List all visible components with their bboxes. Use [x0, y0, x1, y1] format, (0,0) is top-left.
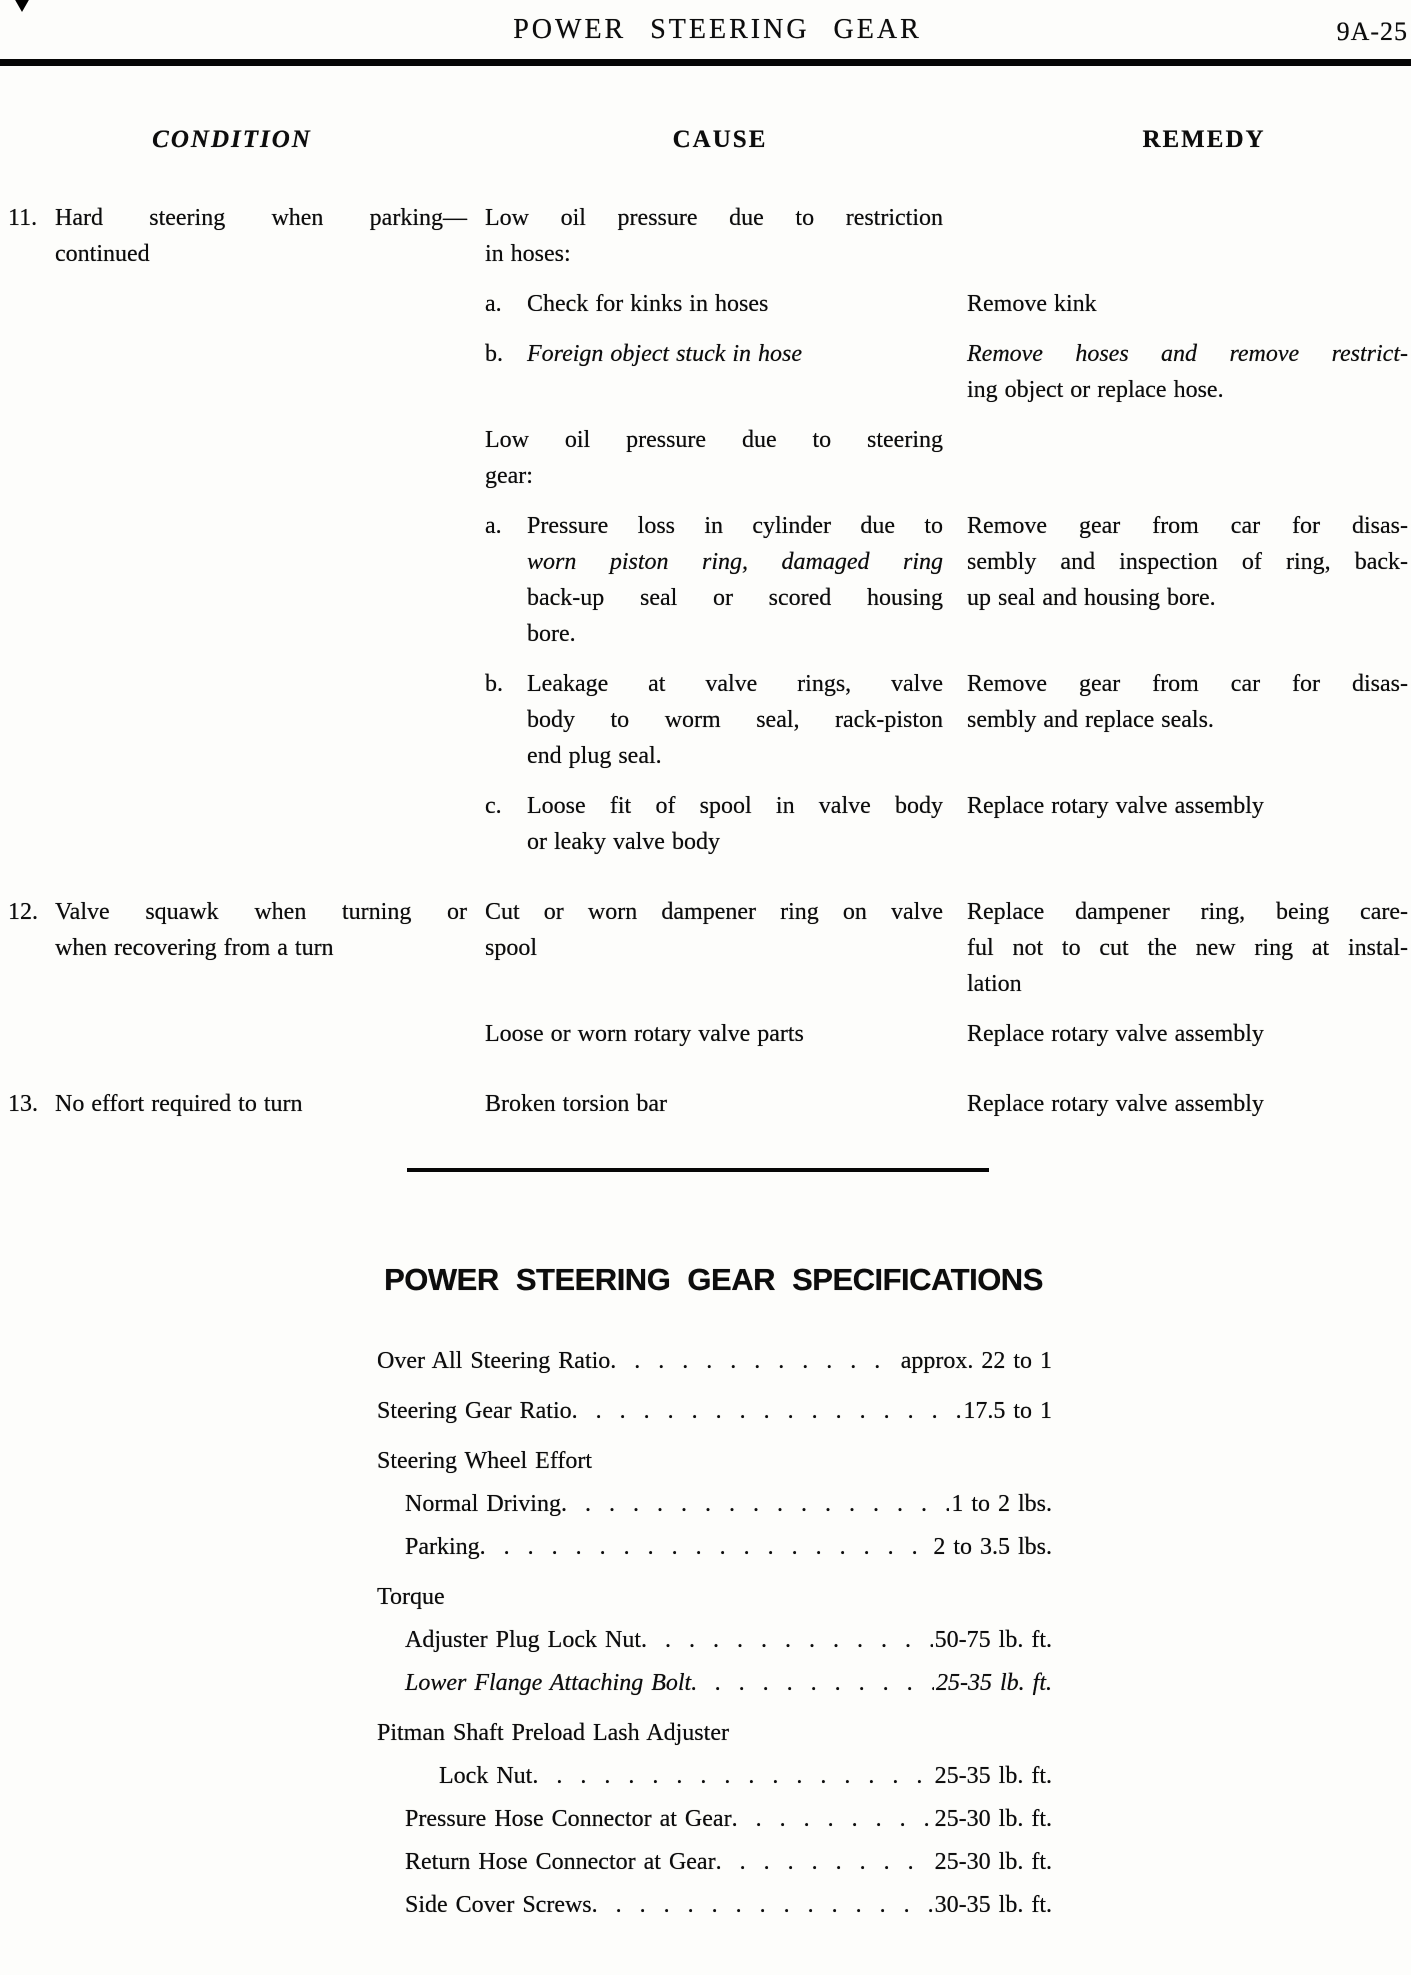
- remedy-line: Remove hoses and remove restrict-: [967, 336, 1408, 372]
- remedy-line: Replace rotary valve assembly: [967, 788, 1408, 824]
- spec-value: 25-30 lb. ft.: [933, 1847, 1052, 1877]
- cause-line: spool: [485, 930, 943, 966]
- cause-cell: c.Loose fit of spool in valve bodyor lea…: [485, 788, 943, 860]
- troubleshooting-table: 11.Hard steering when parking—continuedL…: [8, 200, 1408, 1156]
- cause-remedy-entries: Broken torsion barReplace rotary valve a…: [485, 1086, 1408, 1136]
- spec-dot-leader: [480, 1532, 932, 1562]
- cause-line: or leaky valve body: [527, 824, 943, 860]
- remedy-line: Replace dampener ring, being care-: [967, 894, 1408, 930]
- cause-letter: a.: [485, 508, 527, 652]
- cause-remedy-entry: c.Loose fit of spool in valve bodyor lea…: [485, 788, 1408, 860]
- condition-line: when recovering from a turn: [55, 930, 467, 966]
- page-number: 9A-25: [1337, 17, 1408, 47]
- spec-value: 50-75 lb. ft.: [933, 1625, 1052, 1655]
- remedy-line: ing object or replace hose.: [967, 372, 1408, 408]
- header-rule: [0, 59, 1411, 66]
- cause-remedy-entry: Low oil pressure due to steeringgear:: [485, 422, 1408, 494]
- cause-text: Loose fit of spool in valve bodyor leaky…: [527, 788, 943, 860]
- remedy-line: Remove gear from car for disas-: [967, 508, 1408, 544]
- cause-text: Pressure loss in cylinder due toworn pis…: [527, 508, 943, 652]
- spec-value: 25-35 lb. ft.: [933, 1761, 1052, 1791]
- condition-cell: Hard steering when parking—continued: [55, 200, 467, 272]
- cause-letter: b.: [485, 336, 527, 372]
- condition-line: No effort required to turn: [55, 1086, 467, 1122]
- cause-line: bore.: [527, 616, 943, 652]
- spec-value: 2 to 3.5 lbs.: [931, 1532, 1052, 1562]
- cause-line: Broken torsion bar: [485, 1086, 943, 1122]
- spec-value: 1 to 2 lbs.: [949, 1489, 1052, 1519]
- spec-dot-leader: [610, 1346, 898, 1376]
- cause-remedy-entry: a.Check for kinks in hosesRemove kink: [485, 286, 1408, 322]
- spec-line: Normal Driving1 to 2 lbs.: [377, 1489, 1052, 1519]
- remedy-line: Replace rotary valve assembly: [967, 1016, 1408, 1052]
- cause-cell: a.Pressure loss in cylinder due toworn p…: [485, 508, 943, 652]
- cause-line: Foreign object stuck in hose: [527, 336, 943, 372]
- cause-cell: Broken torsion bar: [485, 1086, 943, 1122]
- spec-line: Pitman Shaft Preload Lash Adjuster: [377, 1718, 1052, 1748]
- specifications-list: Over All Steering Ratioapprox. 22 to 1St…: [377, 1346, 1052, 1933]
- spec-dot-leader: [561, 1489, 949, 1519]
- spec-label: Side Cover Screws: [405, 1890, 592, 1920]
- spec-line: Return Hose Connector at Gear25-30 lb. f…: [377, 1847, 1052, 1877]
- remedy-cell: Remove hoses and remove restrict-ing obj…: [967, 336, 1408, 408]
- remedy-line: Remove gear from car for disas-: [967, 666, 1408, 702]
- spec-value: 17.5 to 1: [961, 1396, 1052, 1426]
- page-corner-mark: [14, 0, 30, 12]
- cause-line: Loose fit of spool in valve body: [527, 788, 943, 824]
- spec-dot-leader: [532, 1761, 932, 1791]
- condition-line: Valve squawk when turning or: [55, 894, 467, 930]
- spec-line: Adjuster Plug Lock Nut50-75 lb. ft.: [377, 1625, 1052, 1655]
- cause-cell: Cut or worn dampener ring on valvespool: [485, 894, 943, 966]
- remedy-cell: Replace rotary valve assembly: [967, 1016, 1408, 1052]
- condition-line: continued: [55, 236, 467, 272]
- cause-remedy-entries: Cut or worn dampener ring on valvespoolR…: [485, 894, 1408, 1066]
- cause-text: Check for kinks in hoses: [527, 286, 943, 322]
- spec-line: Over All Steering Ratioapprox. 22 to 1: [377, 1346, 1052, 1376]
- cause-line: gear:: [485, 458, 943, 494]
- spec-line: Steering Gear Ratio17.5 to 1: [377, 1396, 1052, 1426]
- spec-label: Steering Gear Ratio: [377, 1396, 572, 1426]
- cause-remedy-entry: b.Foreign object stuck in hoseRemove hos…: [485, 336, 1408, 408]
- cause-cell: b.Leakage at valve rings, valvebody to w…: [485, 666, 943, 774]
- trouble-row: 13.No effort required to turnBroken tors…: [8, 1086, 1408, 1136]
- spec-label: Lock Nut: [439, 1761, 532, 1791]
- cause-line: in hoses:: [485, 236, 943, 272]
- remedy-cell: Remove gear from car for disas-sembly an…: [967, 666, 1408, 738]
- spec-value: 30-35 lb. ft.: [933, 1890, 1052, 1920]
- remedy-line: Remove kink: [967, 286, 1408, 322]
- cause-line: Low oil pressure due to steering: [485, 422, 943, 458]
- spec-line: Lock Nut25-35 lb. ft.: [377, 1761, 1052, 1791]
- column-header-cause: CAUSE: [640, 126, 800, 154]
- cause-remedy-entry: Loose or worn rotary valve partsReplace …: [485, 1016, 1408, 1052]
- cause-remedy-entry: Broken torsion barReplace rotary valve a…: [485, 1086, 1408, 1122]
- spec-label: Pitman Shaft Preload Lash Adjuster: [377, 1718, 729, 1748]
- remedy-cell: Replace dampener ring, being care-ful no…: [967, 894, 1408, 1002]
- spec-label: Over All Steering Ratio: [377, 1346, 610, 1376]
- spec-value: 25-30 lb. ft.: [933, 1804, 1052, 1834]
- remedy-cell: Replace rotary valve assembly: [967, 788, 1408, 824]
- column-header-condition: CONDITION: [112, 126, 352, 154]
- condition-number: 13.: [8, 1086, 55, 1122]
- spec-label: Parking: [405, 1532, 480, 1562]
- cause-remedy-entry: a.Pressure loss in cylinder due toworn p…: [485, 508, 1408, 652]
- column-header-remedy: REMEDY: [1104, 126, 1304, 154]
- cause-remedy-entry: b.Leakage at valve rings, valvebody to w…: [485, 666, 1408, 774]
- spec-dot-leader: [592, 1890, 933, 1920]
- cause-text: Leakage at valve rings, valvebody to wor…: [527, 666, 943, 774]
- condition-number: 12.: [8, 894, 55, 930]
- cause-line: Check for kinks in hoses: [527, 286, 943, 322]
- spec-dot-leader: [641, 1625, 933, 1655]
- cause-cell: Low oil pressure due to steeringgear:: [485, 422, 943, 494]
- manual-page: POWER STEERING GEAR 9A-25 CONDITION CAUS…: [0, 0, 1411, 1975]
- cause-line: Low oil pressure due to restriction: [485, 200, 943, 236]
- cause-line: Pressure loss in cylinder due to: [527, 508, 943, 544]
- cause-line: worn piston ring, damaged ring: [527, 544, 943, 580]
- spec-label: Normal Driving: [405, 1489, 561, 1519]
- page-title: POWER STEERING GEAR: [12, 14, 1411, 46]
- spec-line: Pressure Hose Connector at Gear25-30 lb.…: [377, 1804, 1052, 1834]
- spec-label: Steering Wheel Effort: [377, 1446, 592, 1476]
- spec-value: approx. 22 to 1: [899, 1346, 1052, 1376]
- condition-cell: Valve squawk when turning orwhen recover…: [55, 894, 467, 966]
- spec-dot-leader: [732, 1804, 933, 1834]
- condition-number: 11.: [8, 200, 55, 236]
- specifications-title: POWER STEERING GEAR SPECIFICATIONS: [8, 1262, 1411, 1298]
- cause-remedy-entry: Low oil pressure due to restrictionin ho…: [485, 200, 1408, 272]
- condition-line: Hard steering when parking—: [55, 200, 467, 236]
- spec-dot-leader: [691, 1668, 934, 1698]
- cause-line: Leakage at valve rings, valve: [527, 666, 943, 702]
- cause-line: Loose or worn rotary valve parts: [485, 1016, 943, 1052]
- remedy-line: Replace rotary valve assembly: [967, 1086, 1408, 1122]
- cause-letter: c.: [485, 788, 527, 860]
- spec-label: Lower Flange Attaching Bolt: [405, 1668, 691, 1698]
- spec-line: Side Cover Screws30-35 lb. ft.: [377, 1890, 1052, 1920]
- cause-text: Foreign object stuck in hose: [527, 336, 943, 372]
- cause-line: Cut or worn dampener ring on valve: [485, 894, 943, 930]
- cause-letter: a.: [485, 286, 527, 322]
- remedy-line: up seal and housing bore.: [967, 580, 1408, 616]
- remedy-cell: Remove kink: [967, 286, 1408, 322]
- remedy-line: sembly and inspection of ring, back-: [967, 544, 1408, 580]
- remedy-cell: Remove gear from car for disas-sembly an…: [967, 508, 1408, 616]
- spec-label: Torque: [377, 1582, 445, 1612]
- section-divider-rule: [407, 1168, 989, 1172]
- cause-line: back-up seal or scored housing: [527, 580, 943, 616]
- spec-line: Torque: [377, 1582, 1052, 1612]
- spec-label: Adjuster Plug Lock Nut: [405, 1625, 641, 1655]
- remedy-line: lation: [967, 966, 1408, 1002]
- cause-remedy-entry: Cut or worn dampener ring on valvespoolR…: [485, 894, 1408, 1002]
- spec-line: Steering Wheel Effort: [377, 1446, 1052, 1476]
- cause-cell: Low oil pressure due to restrictionin ho…: [485, 200, 943, 272]
- spec-label: Pressure Hose Connector at Gear: [405, 1804, 732, 1834]
- trouble-row: 12.Valve squawk when turning orwhen reco…: [8, 894, 1408, 1066]
- cause-cell: Loose or worn rotary valve parts: [485, 1016, 943, 1052]
- remedy-line: sembly and replace seals.: [967, 702, 1408, 738]
- trouble-row: 11.Hard steering when parking—continuedL…: [8, 200, 1408, 874]
- condition-cell: No effort required to turn: [55, 1086, 467, 1122]
- spec-dot-leader: [716, 1847, 933, 1877]
- spec-label: Return Hose Connector at Gear: [405, 1847, 716, 1877]
- cause-cell: b.Foreign object stuck in hose: [485, 336, 943, 372]
- cause-line: body to worm seal, rack-piston: [527, 702, 943, 738]
- remedy-cell: Replace rotary valve assembly: [967, 1086, 1408, 1122]
- spec-value: 25-35 lb. ft.: [934, 1668, 1052, 1698]
- spec-line: Parking2 to 3.5 lbs.: [377, 1532, 1052, 1562]
- remedy-line: ful not to cut the new ring at instal-: [967, 930, 1408, 966]
- cause-cell: a.Check for kinks in hoses: [485, 286, 943, 322]
- cause-remedy-entries: Low oil pressure due to restrictionin ho…: [485, 200, 1408, 874]
- spec-line: Lower Flange Attaching Bolt25-35 lb. ft.: [377, 1668, 1052, 1698]
- cause-line: end plug seal.: [527, 738, 943, 774]
- cause-letter: b.: [485, 666, 527, 774]
- spec-dot-leader: [572, 1396, 962, 1426]
